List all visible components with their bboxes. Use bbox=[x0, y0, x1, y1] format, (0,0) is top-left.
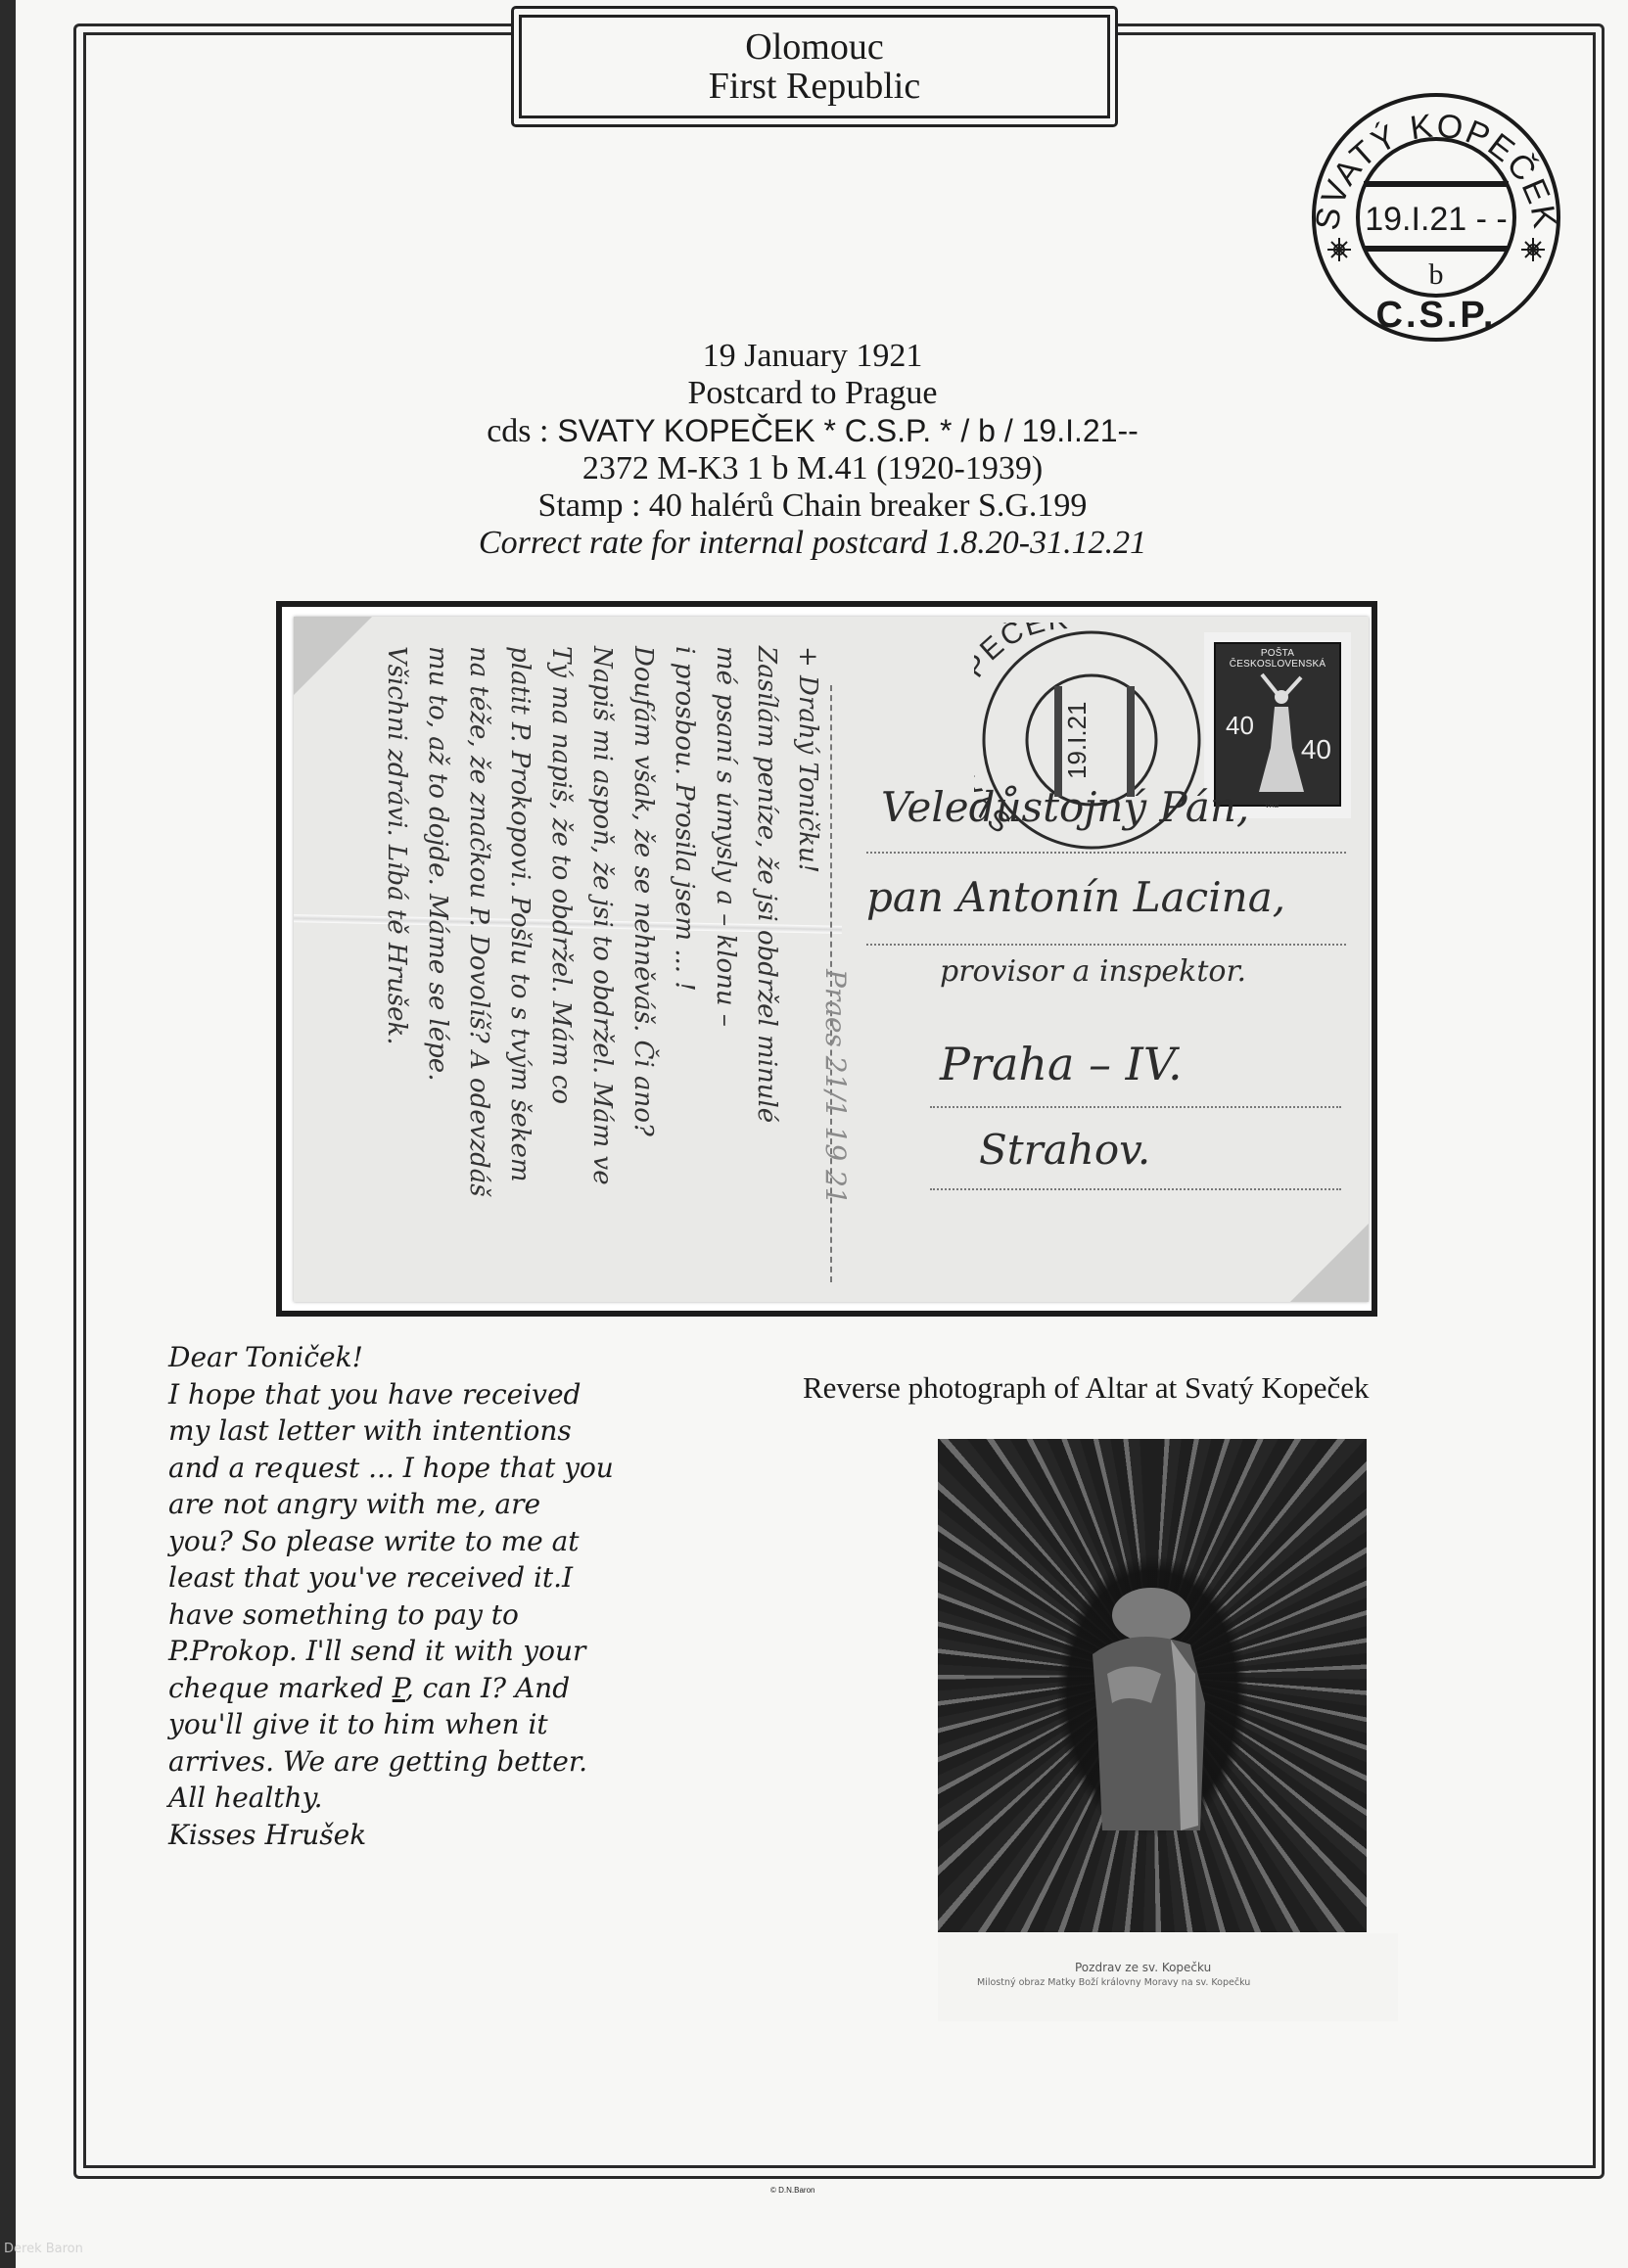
cds-bottom-text: C.S.P. bbox=[1376, 295, 1497, 336]
translation-line: and a request ... I hope that you bbox=[168, 1450, 775, 1487]
item-date: 19 January 1921 bbox=[372, 338, 1253, 375]
translation-line: you'll give it to him when it bbox=[168, 1706, 775, 1743]
altar-photograph bbox=[938, 1439, 1367, 1932]
stamp-info: Stamp : 40 halérů Chain breaker S.G.199 bbox=[372, 487, 1253, 525]
postmark-date: 19.I.21 bbox=[1062, 701, 1092, 779]
translation-line: All healthy. bbox=[168, 1780, 775, 1817]
catalogue-ref: 2372 M-K3 1 b M.41 (1920-1939) bbox=[372, 450, 1253, 487]
message-line: platit P. Prokopovi. Pošlu to s tvým šek… bbox=[505, 646, 535, 1182]
item-description: 19 January 1921 Postcard to Prague cds :… bbox=[372, 338, 1253, 562]
cds-letter: b bbox=[1429, 258, 1444, 291]
message-line: Zasílám peníze, že jsi obdržel minulé bbox=[752, 646, 781, 1123]
message-translation: Dear Toniček! I hope that you have recei… bbox=[168, 1339, 775, 1853]
pencil-receipt-note: Praes 21/1 19 21 bbox=[819, 969, 852, 1205]
address-rule bbox=[930, 1188, 1341, 1190]
cds-value: SVATY KOPEČEK * C.S.P. * / b / 19.I.21-- bbox=[557, 413, 1138, 448]
photo-subcaption-title: Pozdrav ze sv. Kopečku bbox=[1075, 1961, 1211, 1974]
title-box: Olomouc First Republic bbox=[519, 15, 1110, 118]
translation-line: I hope that you have received bbox=[168, 1376, 775, 1413]
postal-rate: Correct rate for internal postcard 1.8.2… bbox=[372, 525, 1253, 562]
address-city: Praha – IV. bbox=[940, 1038, 1183, 1090]
message-line: Všichni zdrávi. Líbá tě Hrušek. bbox=[382, 646, 411, 1045]
address-title: provisor a inspektor. bbox=[940, 954, 1246, 989]
cds-date: 19.I.21 - - bbox=[1365, 201, 1508, 238]
translation-signature: Kisses Hrušek bbox=[168, 1817, 775, 1854]
translation-line: Dear Toniček! bbox=[168, 1339, 775, 1376]
translation-line: arrives. We are getting better. bbox=[168, 1743, 775, 1781]
message-line: mu to, až to dojde. Máme se lépe. bbox=[423, 646, 452, 1081]
address-rule bbox=[930, 1106, 1341, 1108]
cds-label: cds : bbox=[487, 413, 548, 449]
translation-line: are not angry with me, are bbox=[168, 1486, 775, 1523]
message-line: i prosbou. Prosila jsem ... ! bbox=[670, 646, 699, 992]
photo-caption: Reverse photograph of Altar at Svatý Kop… bbox=[803, 1370, 1547, 1406]
address-rule bbox=[866, 852, 1346, 854]
message-line: Tý ma napiš, že to obdržel. Mám co bbox=[546, 646, 576, 1104]
photo-subcaption-text: Milostný obraz Matky Boží královny Morav… bbox=[977, 1977, 1250, 1988]
translation-text: , can I? And bbox=[405, 1672, 570, 1704]
translation-line: you? So please write to me at bbox=[168, 1523, 775, 1560]
item-type: Postcard to Prague bbox=[372, 375, 1253, 412]
page-subtitle: First Republic bbox=[709, 67, 920, 106]
mount-corner bbox=[1290, 1224, 1369, 1302]
message-line: + Drahý Toničku! bbox=[793, 646, 822, 873]
stamp-value-left: 40 bbox=[1226, 711, 1254, 741]
message-line: Doufám však, že se nehněváš. Či ano? bbox=[628, 646, 658, 1136]
translation-line: have something to pay to bbox=[168, 1597, 775, 1634]
stamp-country: POŠTA ČESKOSLOVENSKÁ bbox=[1216, 644, 1339, 670]
photo-subcaption: Pozdrav ze sv. Kopečku Milostný obraz Ma… bbox=[938, 1933, 1398, 2021]
address-rule bbox=[866, 944, 1346, 946]
stamp-printer-mark: VHB bbox=[1265, 803, 1279, 810]
message-line: mé psaní s úmysly a – klonu – bbox=[711, 646, 740, 1027]
translation-line: my last letter with intentions bbox=[168, 1412, 775, 1450]
copyright-notice: © D.N.Baron bbox=[770, 2186, 814, 2195]
translation-line: least that you've received it.I bbox=[168, 1559, 775, 1597]
madonna-statue-icon bbox=[1073, 1586, 1230, 1860]
address-name: pan Antonín Lacina, bbox=[866, 873, 1285, 921]
page-title: Olomouc bbox=[745, 27, 883, 67]
scan-edge-band bbox=[0, 0, 16, 2268]
message-line: na téže, že značkou P. Dovolíš? A odevzd… bbox=[464, 646, 493, 1197]
cancellation-drawing: SVATÝ KOPEČEK 19.I.21 - - b C.S.P. bbox=[1307, 88, 1565, 347]
star-icon bbox=[1327, 238, 1351, 261]
postcard: + Drahý Toničku! Zasílám peníze, že jsi … bbox=[294, 617, 1369, 1302]
address-district: Strahov. bbox=[979, 1126, 1150, 1174]
message-line: Napiš mi aspoň, že jsi to obdržel. Mám v… bbox=[587, 646, 617, 1185]
translation-line-marked: cheque marked P, can I? And bbox=[168, 1670, 775, 1707]
cds-line: cds : SVATY KOPEČEK * C.S.P. * / b / 19.… bbox=[372, 412, 1253, 450]
handwritten-message: + Drahý Toničku! Zasílám peníze, že jsi … bbox=[313, 636, 822, 1282]
translation-line: P.Prokop. I'll send it with your bbox=[168, 1633, 775, 1670]
star-icon bbox=[1521, 238, 1545, 261]
translation-text: cheque marked bbox=[168, 1672, 393, 1704]
scanner-watermark: Derek Baron bbox=[4, 2242, 83, 2256]
marked-letter: P bbox=[393, 1672, 405, 1704]
address-salutation: Veledůstojný Pán, bbox=[881, 783, 1249, 831]
chain-breaker-figure-icon bbox=[1257, 670, 1306, 797]
stamp-value-right: 40 bbox=[1301, 734, 1331, 765]
